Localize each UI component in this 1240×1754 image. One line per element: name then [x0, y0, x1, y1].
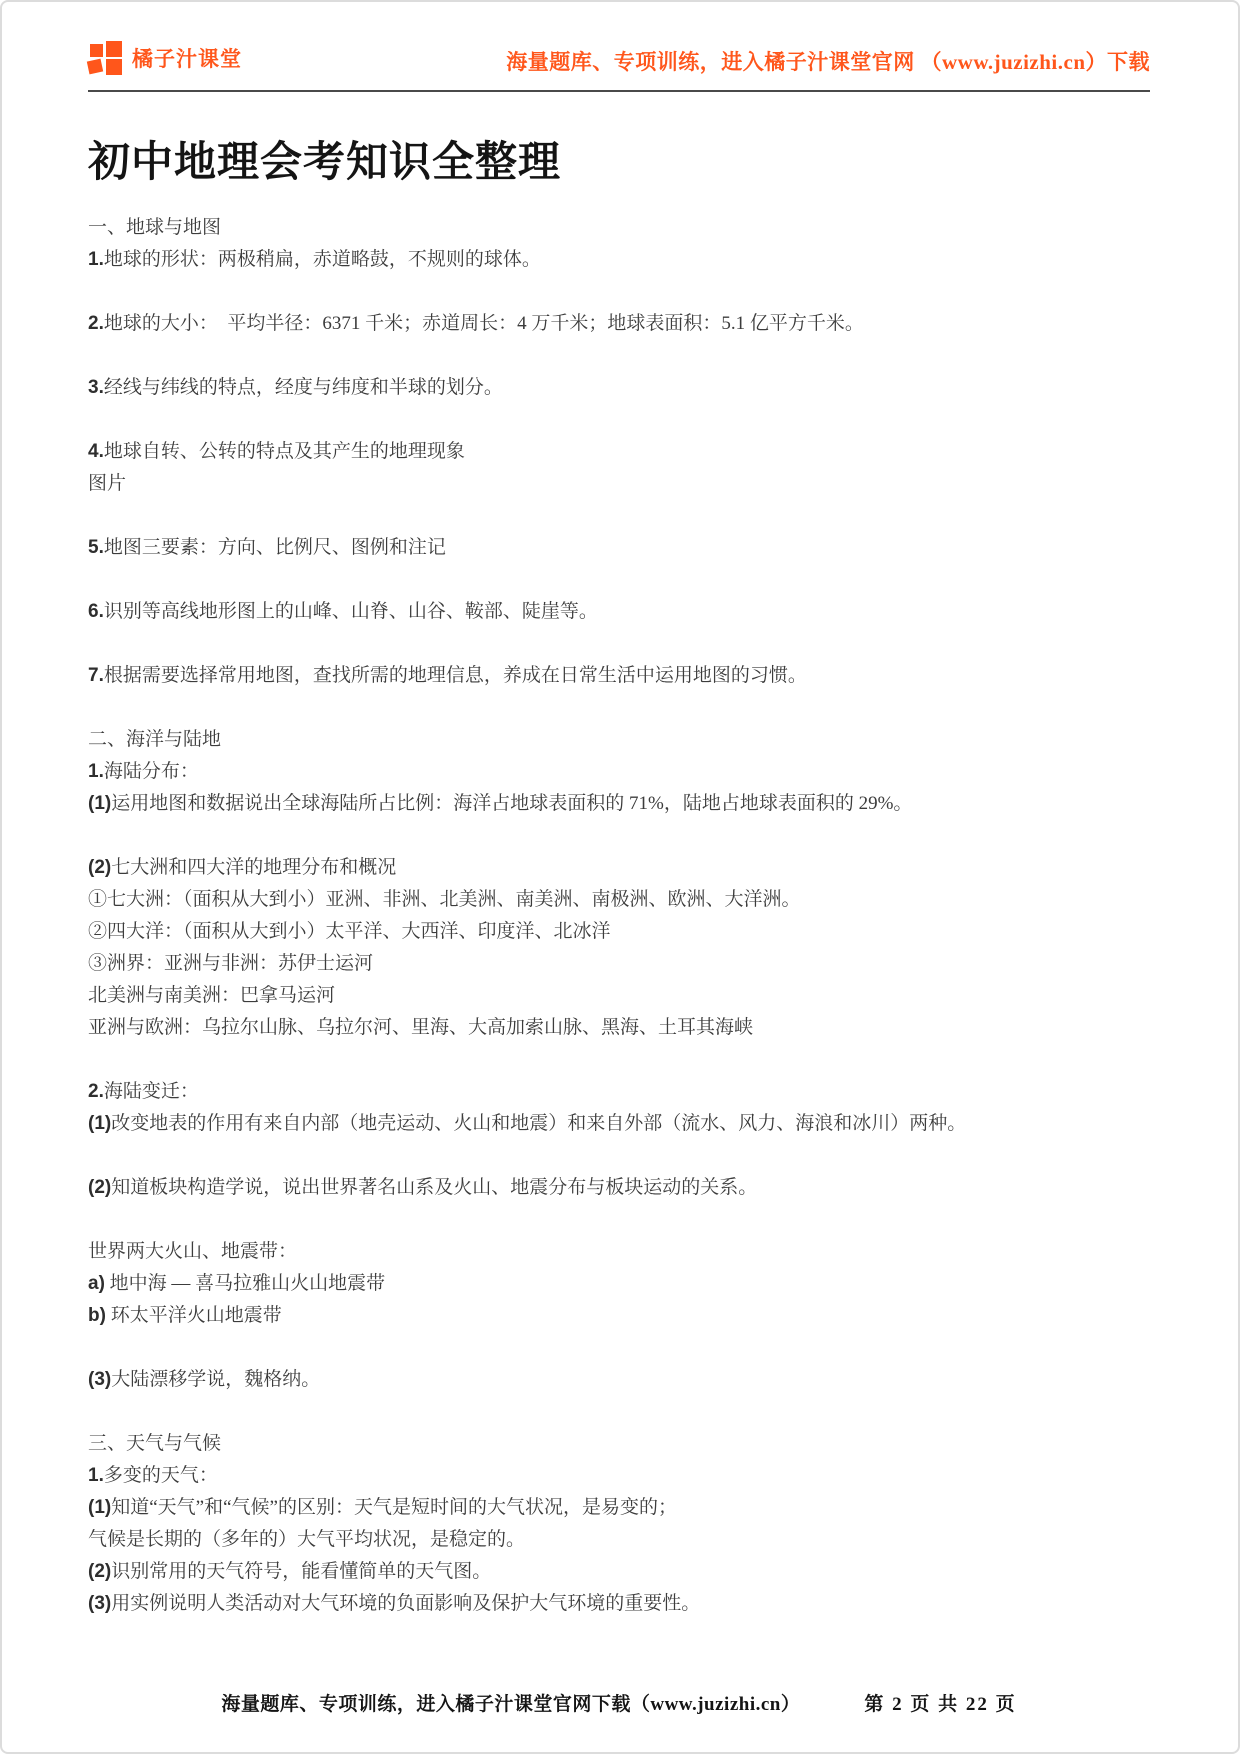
body-line: (1)改变地表的作用有来自内部（地壳运动、火山和地震）和来自外部（流水、风力、海…: [88, 1108, 1142, 1140]
body-line: (1)知道“天气”和“气候”的区别：天气是短时间的大气状况，是易变的；: [88, 1492, 1142, 1524]
body-line: 6.识别等高线地形图上的山峰、山脊、山谷、鞍部、陡崖等。: [88, 596, 1142, 628]
body-line: 1.海陆分布：: [88, 756, 1142, 788]
blank-line: [88, 1140, 1142, 1172]
document-body: 一、地球与地图1.地球的形状：两极稍扁，赤道略鼓，不规则的球体。 2.地球的大小…: [88, 212, 1142, 1620]
body-line: 7.根据需要选择常用地图，查找所需的地理信息，养成在日常生活中运用地图的习惯。: [88, 660, 1142, 692]
blank-line: [88, 1332, 1142, 1364]
body-line: 2.地球的大小： 平均半径：6371 千米；赤道周长：4 万千米；地球表面积：5…: [88, 308, 1142, 340]
body-line: 1.地球的形状：两极稍扁，赤道略鼓，不规则的球体。: [88, 244, 1142, 276]
blank-line: [88, 1204, 1142, 1236]
blank-line: [88, 500, 1142, 532]
footer-promo-text: 海量题库、专项训练，进入橘子汁课堂官网下载（www.juzizhi.cn）: [221, 1689, 800, 1716]
blank-line: [88, 692, 1142, 724]
body-line: 二、海洋与陆地: [88, 724, 1142, 756]
blank-line: [88, 564, 1142, 596]
body-line: 3.经线与纬线的特点，经度与纬度和半球的划分。: [88, 372, 1142, 404]
blank-line: [88, 276, 1142, 308]
orange-squares-logo-icon: [88, 40, 124, 76]
document-page: 橘子汁课堂 海量题库、专项训练，进入橘子汁课堂官网 （www.juzizhi.c…: [0, 0, 1240, 1754]
header-promo-text: 海量题库、专项训练，进入橘子汁课堂官网 （www.juzizhi.cn）下载: [506, 46, 1150, 76]
blank-line: [88, 1044, 1142, 1076]
page-number: 第 2 页 共 22 页: [864, 1689, 1016, 1716]
document-title: 初中地理会考知识全整理: [88, 136, 1152, 188]
body-line: 5.地图三要素：方向、比例尺、图例和注记: [88, 532, 1142, 564]
body-line: 一、地球与地图: [88, 212, 1142, 244]
body-line: 世界两大火山、地震带：: [88, 1236, 1142, 1268]
brand: 橘子汁课堂: [88, 40, 242, 76]
body-line: ①七大洲：（面积从大到小）亚洲、非洲、北美洲、南美洲、南极洲、欧洲、大洋洲。: [88, 884, 1142, 916]
body-line: 三、天气与气候: [88, 1428, 1142, 1460]
body-line: (3)大陆漂移学说，魏格纳。: [88, 1364, 1142, 1396]
body-line: (1)运用地图和数据说出全球海陆所占比例：海洋占地球表面积的 71%，陆地占地球…: [88, 788, 1142, 820]
body-line: 亚洲与欧洲：乌拉尔山脉、乌拉尔河、里海、大高加索山脉、黑海、土耳其海峡: [88, 1012, 1142, 1044]
body-line: 1.多变的天气：: [88, 1460, 1142, 1492]
body-line: (2)七大洲和四大洋的地理分布和概况: [88, 852, 1142, 884]
page-header: 橘子汁课堂 海量题库、专项训练，进入橘子汁课堂官网 （www.juzizhi.c…: [88, 2, 1150, 92]
blank-line: [88, 340, 1142, 372]
body-line: 图片: [88, 468, 1142, 500]
body-line: 4.地球自转、公转的特点及其产生的地理现象: [88, 436, 1142, 468]
brand-name: 橘子汁课堂: [132, 43, 242, 73]
body-line: 气候是长期的（多年的）大气平均状况，是稳定的。: [88, 1524, 1142, 1556]
page-footer: 海量题库、专项训练，进入橘子汁课堂官网下载（www.juzizhi.cn） 第 …: [88, 1689, 1150, 1716]
body-line: (2)知道板块构造学说，说出世界著名山系及火山、地震分布与板块运动的关系。: [88, 1172, 1142, 1204]
blank-line: [88, 1396, 1142, 1428]
blank-line: [88, 628, 1142, 660]
body-line: ③洲界：亚洲与非洲：苏伊士运河: [88, 948, 1142, 980]
body-line: a) 地中海 — 喜马拉雅山火山地震带: [88, 1268, 1142, 1300]
blank-line: [88, 820, 1142, 852]
blank-line: [88, 404, 1142, 436]
body-line: 2.海陆变迁：: [88, 1076, 1142, 1108]
body-line: b) 环太平洋火山地震带: [88, 1300, 1142, 1332]
body-line: (2)识别常用的天气符号，能看懂简单的天气图。: [88, 1556, 1142, 1588]
body-line: 北美洲与南美洲：巴拿马运河: [88, 980, 1142, 1012]
body-line: (3)用实例说明人类活动对大气环境的负面影响及保护大气环境的重要性。: [88, 1588, 1142, 1620]
body-line: ②四大洋：（面积从大到小）太平洋、大西洋、印度洋、北冰洋: [88, 916, 1142, 948]
